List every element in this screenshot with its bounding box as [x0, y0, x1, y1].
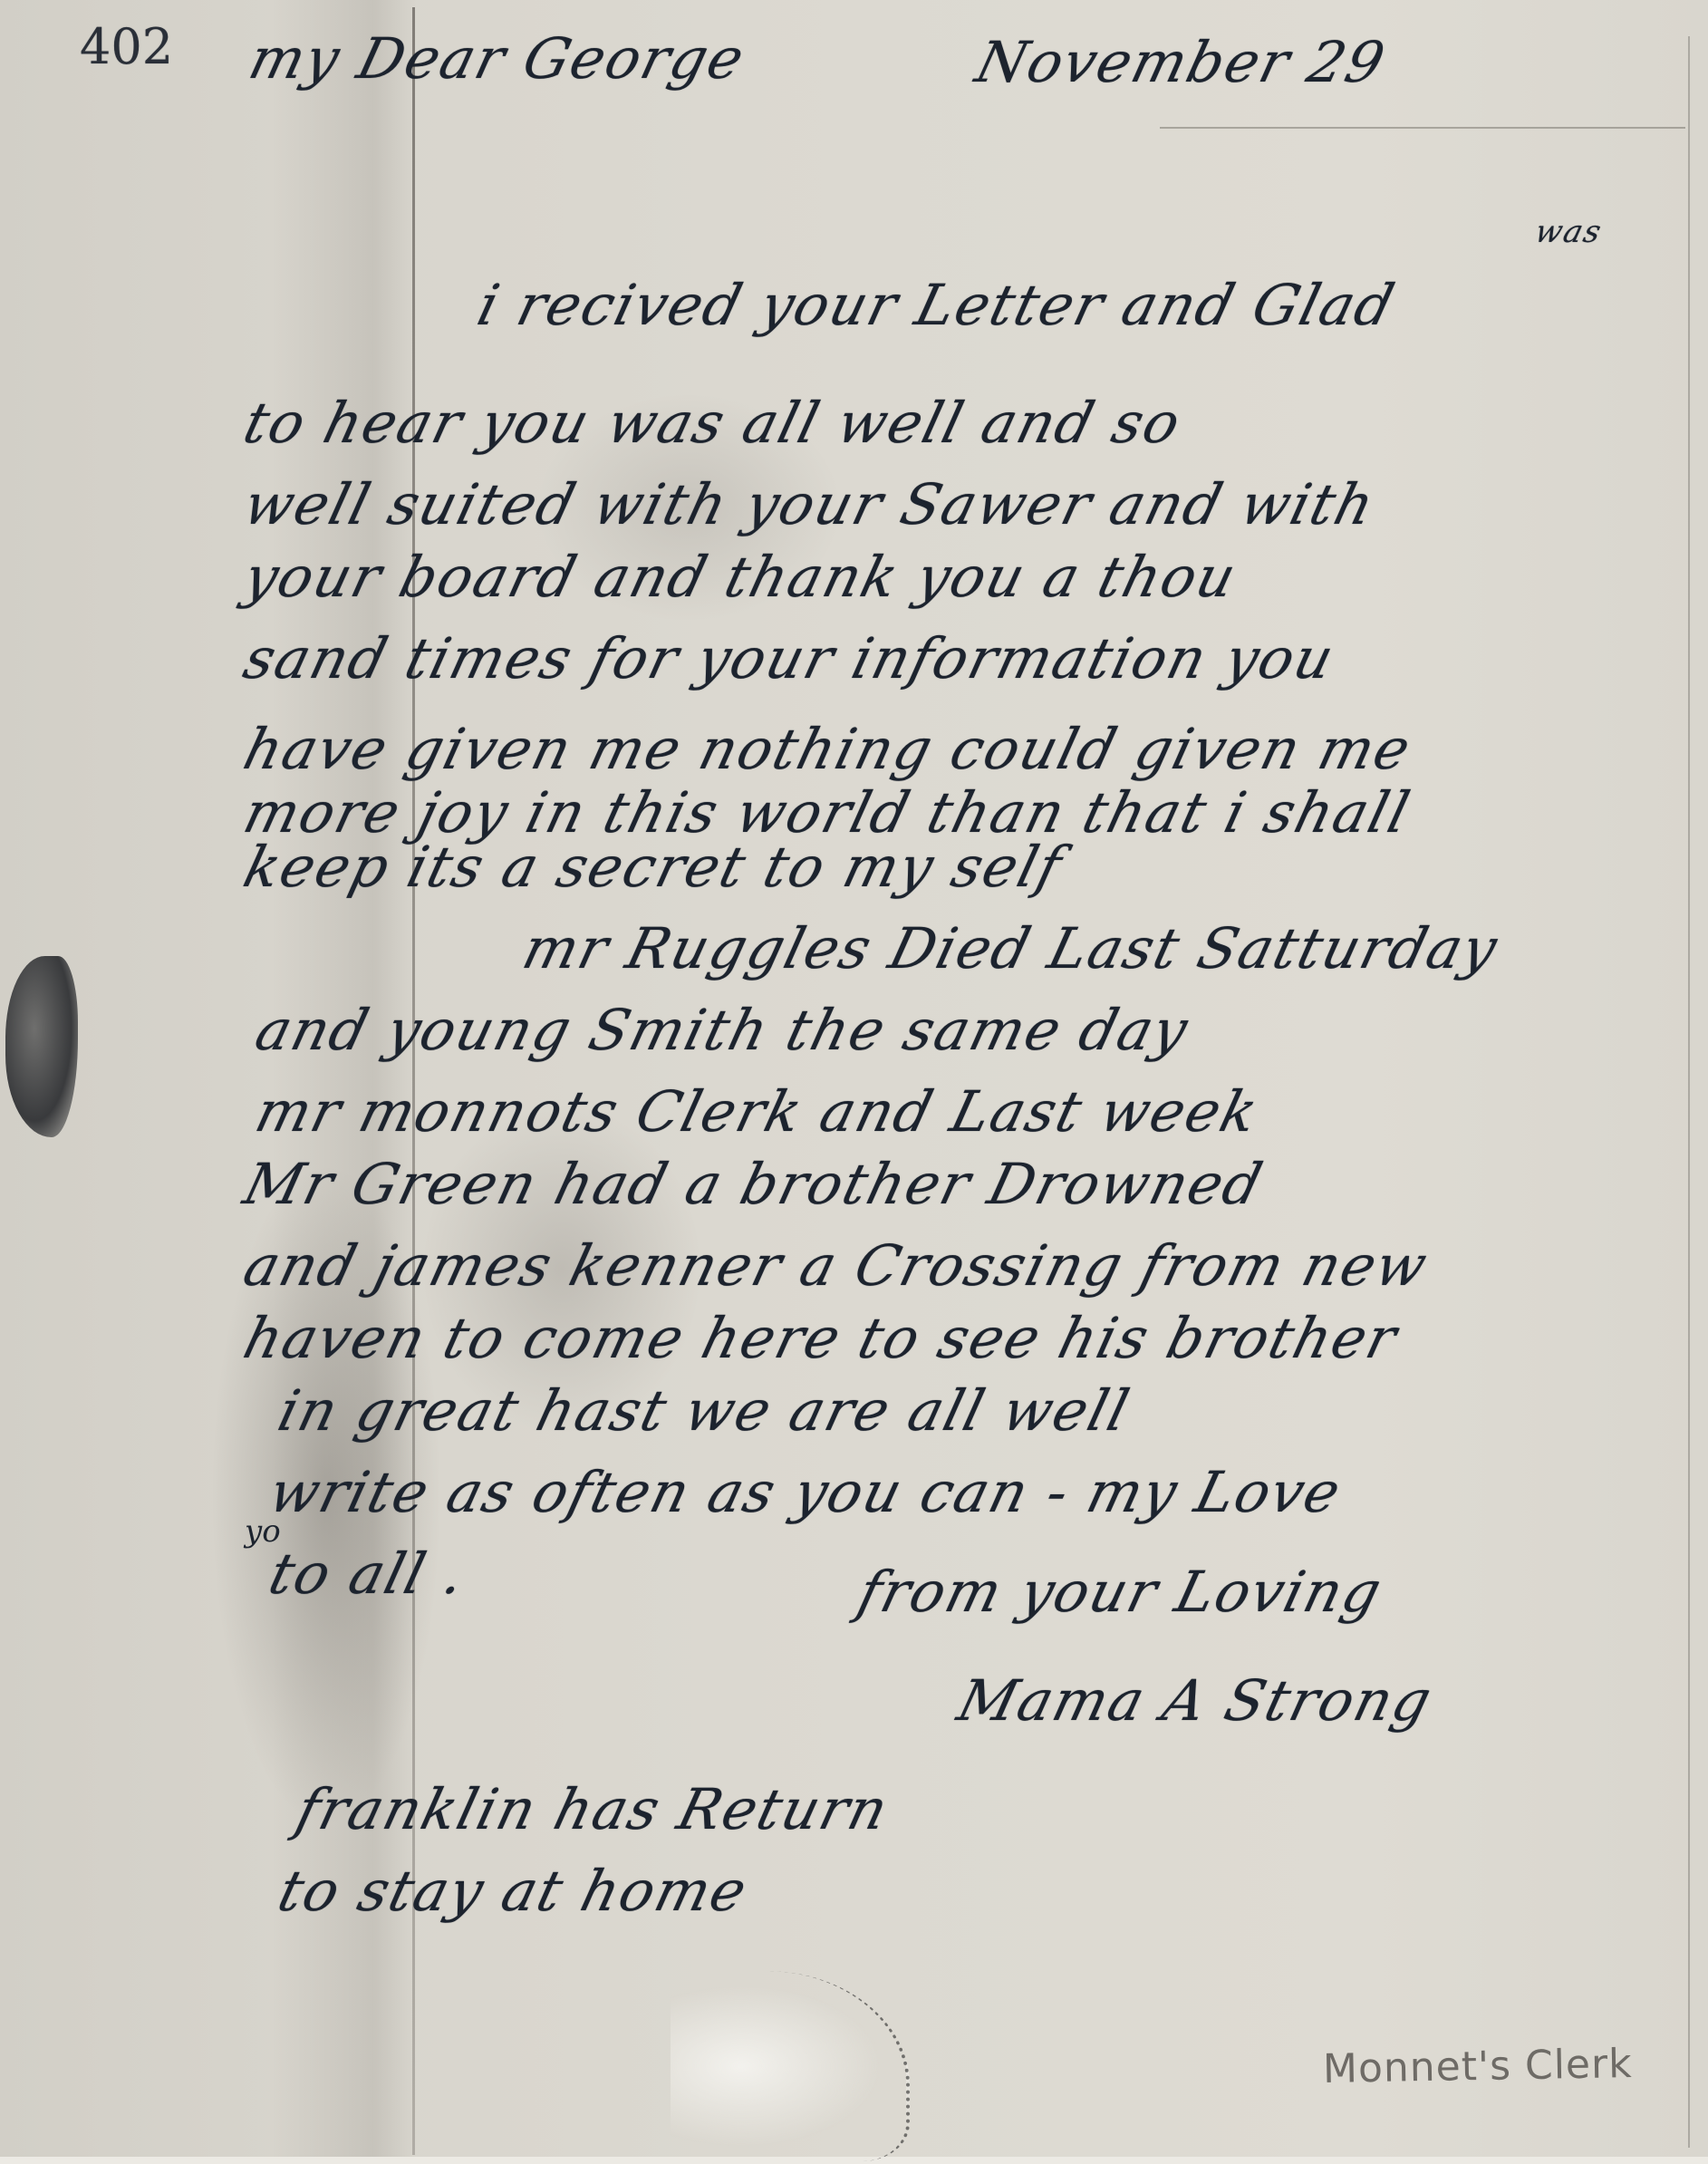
- valediction: from your Loving: [852, 1559, 1389, 1625]
- body-line: in great hast we are all well: [272, 1377, 1137, 1444]
- body-line: and young Smith the same day: [249, 997, 1196, 1063]
- body-line: i recived your Letter and Glad: [471, 272, 1402, 338]
- body-line: have given me nothing could given me: [237, 716, 1418, 782]
- superscript-yo: yo: [245, 1513, 281, 1550]
- salutation: my Dear George: [243, 25, 752, 92]
- letter-page: 402 my Dear George November 29 was i rec…: [0, 0, 1708, 2164]
- seal-tear-mark: [671, 1971, 910, 2161]
- ink-blot: [5, 956, 78, 1137]
- signature: Mama A Strong: [951, 1667, 1440, 1734]
- reference-number: 402: [80, 18, 173, 75]
- body-line: sand times for your information you: [237, 625, 1342, 691]
- body-line: to all .: [263, 1541, 473, 1607]
- horizontal-fold-line: [1160, 127, 1685, 129]
- body-line: write as often as you can - my Love: [263, 1459, 1348, 1525]
- postscript-line: to stay at home: [272, 1858, 755, 1924]
- pencil-annotation: Monnet's Clerk: [1323, 2041, 1633, 2092]
- interlinear-insert: was: [1531, 214, 1607, 250]
- paper-right-edge: [1688, 36, 1690, 2148]
- letter-date: November 29: [970, 29, 1393, 95]
- body-line: to hear you was all well and so: [237, 390, 1189, 456]
- postscript-line: franklin has Return: [290, 1776, 896, 1842]
- body-line: Mr Green had a brother Drowned: [237, 1151, 1270, 1217]
- body-line: mr monnots Clerk and Last week: [249, 1078, 1266, 1145]
- body-line: keep its a secret to my self: [237, 834, 1069, 900]
- body-line: your board and thank you a thou: [237, 544, 1244, 610]
- body-line: mr Ruggles Died Last Satturday: [516, 915, 1505, 981]
- body-line: haven to come here to see his brother: [237, 1305, 1404, 1371]
- body-line: and james kenner a Crossing from new: [237, 1232, 1435, 1299]
- body-line: well suited with your Sawer and with: [237, 471, 1383, 537]
